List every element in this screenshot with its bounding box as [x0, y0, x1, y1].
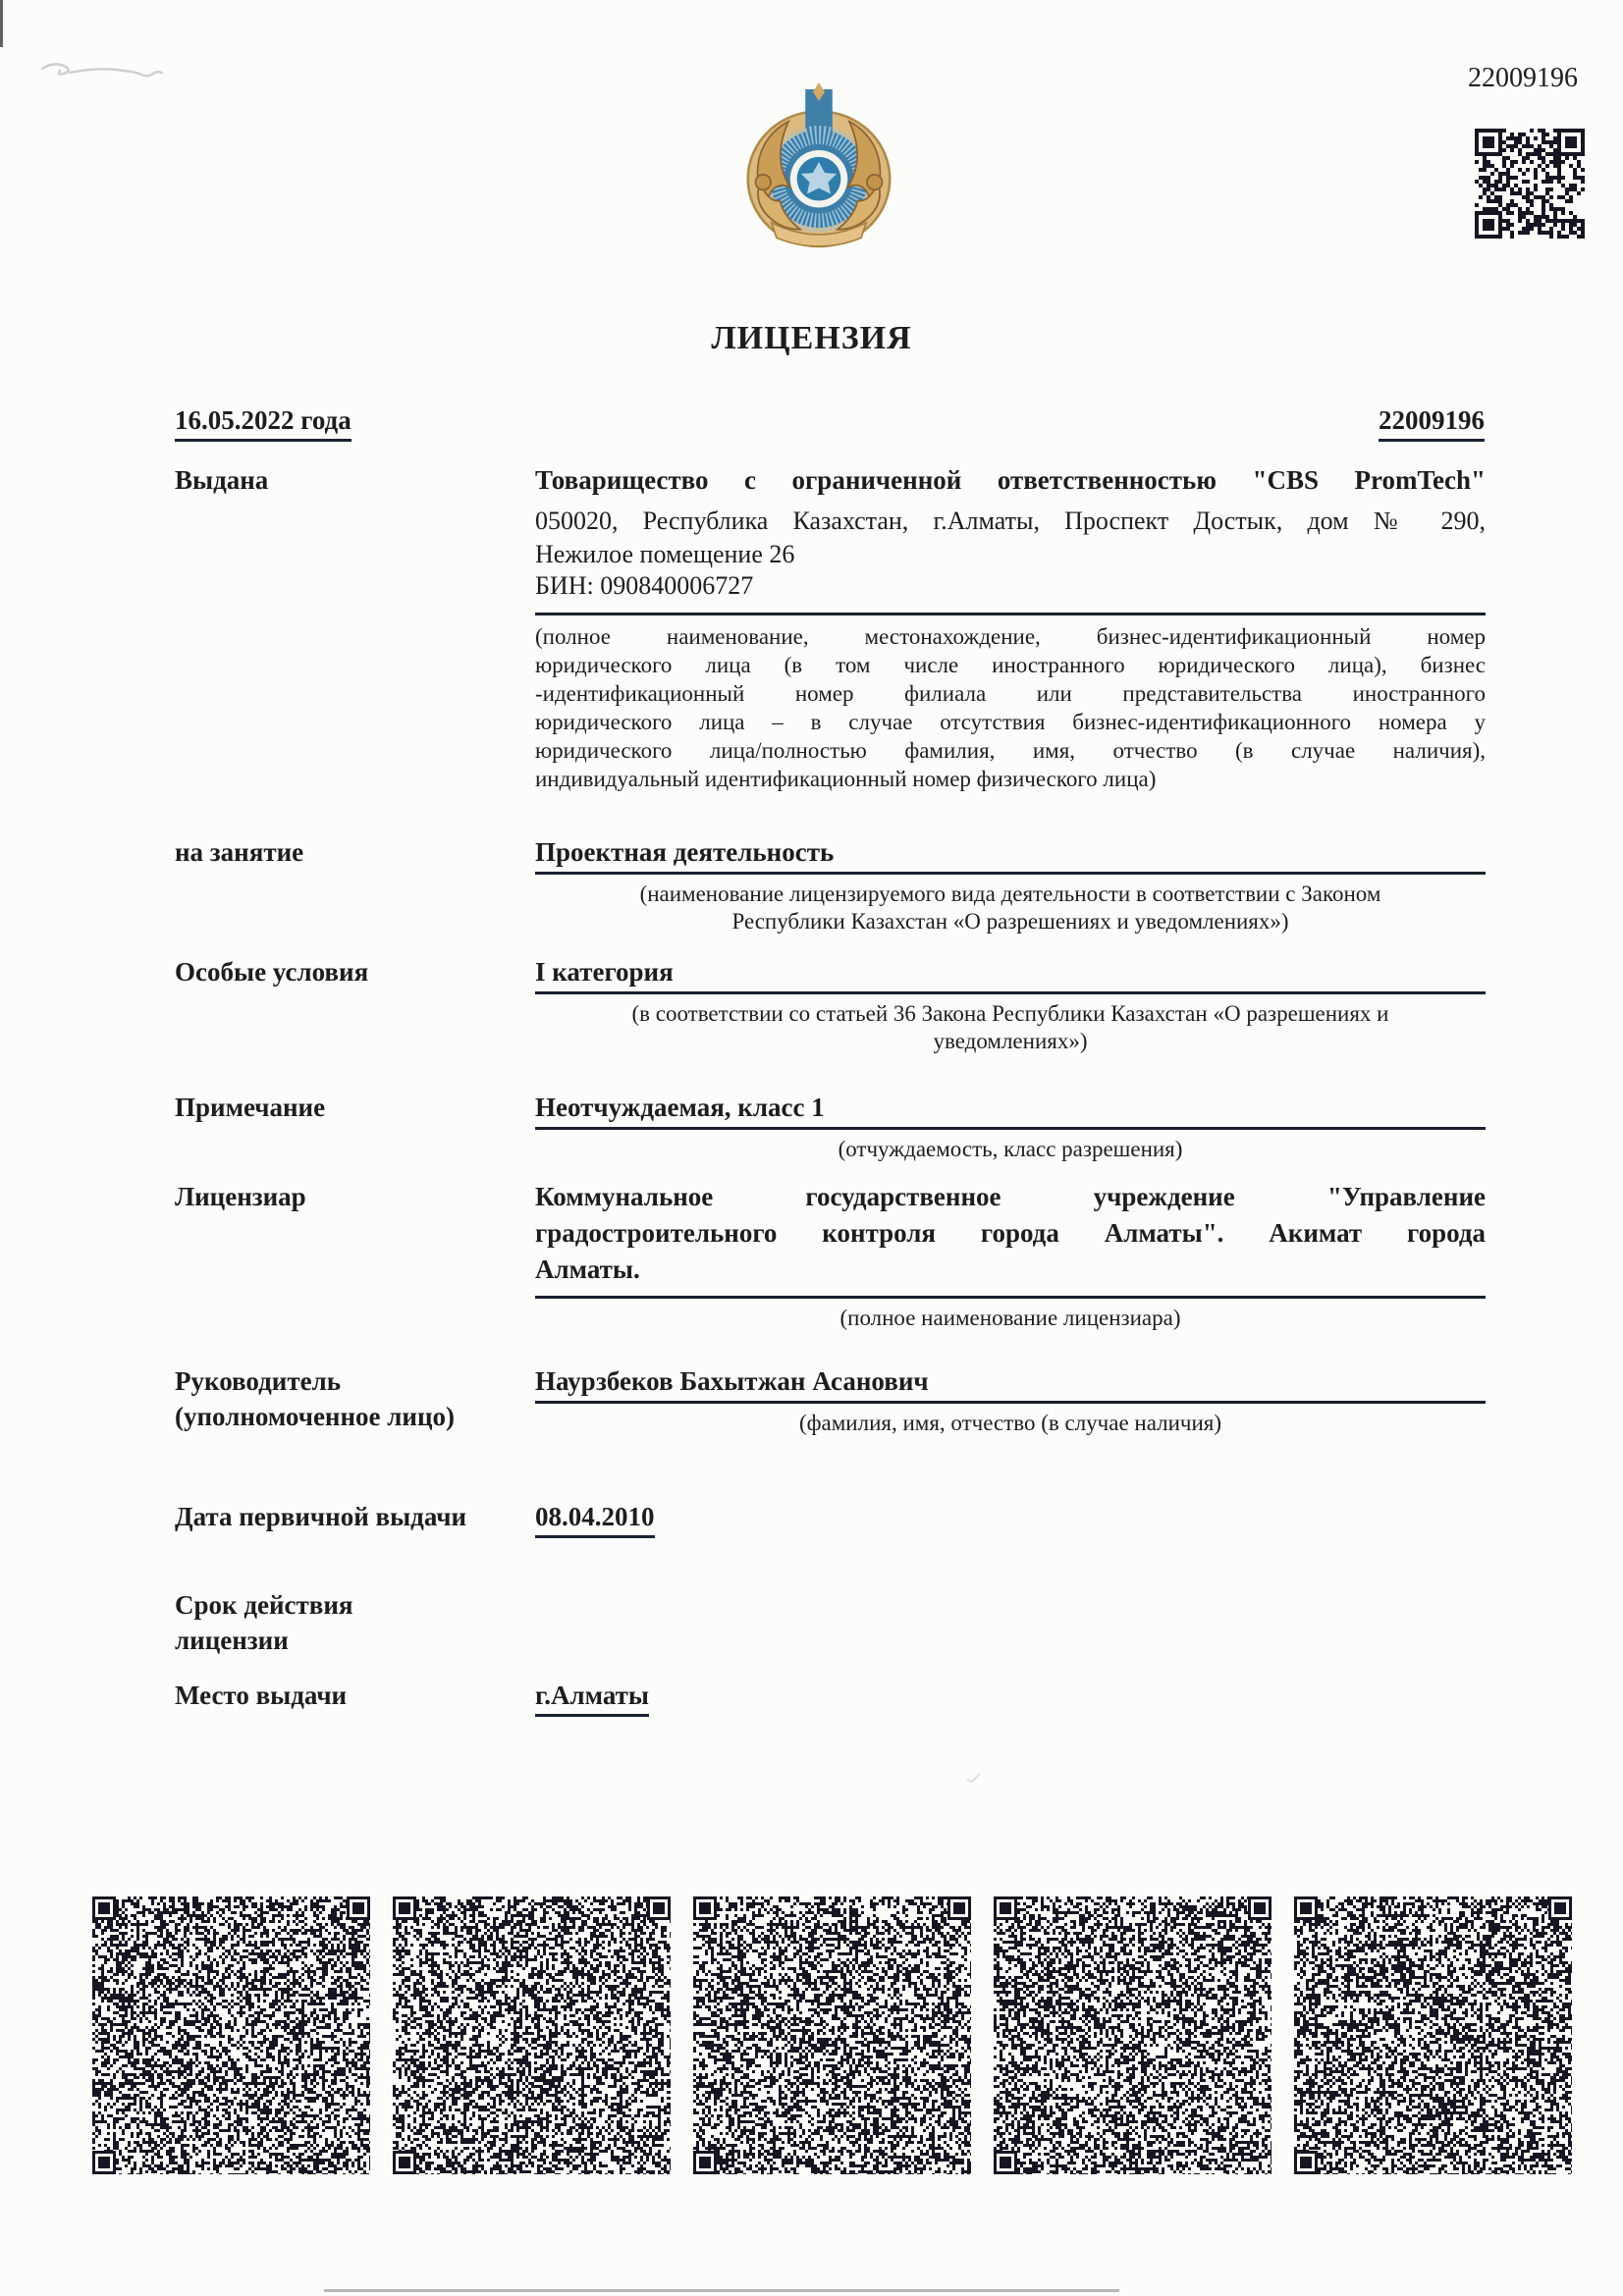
special-conditions-value: I категория — [535, 957, 1486, 988]
activity-value: Проектная деятельность — [535, 837, 1486, 868]
activity-caption-line: Республики Казахстан «О разрешениях и ув… — [535, 909, 1486, 934]
barcode-block — [693, 1896, 971, 2174]
activity-label: на занятие — [175, 837, 303, 868]
issued-to-name: Товарищество с ограниченной ответственно… — [535, 465, 1486, 496]
kazakhstan-emblem — [734, 80, 903, 255]
license-number-top: 22009196 — [1468, 63, 1578, 94]
licensor-caption: (полное наименование лицензиара) — [535, 1306, 1486, 1331]
issued-to-caption-line: юридического лица (в том числе иностранн… — [535, 653, 1486, 678]
rule — [535, 1127, 1486, 1130]
pencil-speck — [966, 1773, 982, 1783]
special-conditions-caption-line: (в соответствии со статьей 36 Закона Рес… — [535, 1001, 1486, 1027]
scan-edge-artifact — [0, 0, 3, 47]
special-conditions-label: Особые условия — [175, 957, 368, 988]
licensor-value-line: градостроительного контроля города Алмат… — [535, 1218, 1486, 1249]
issued-to-bin: БИН: 090840006727 — [535, 571, 1486, 601]
issued-to-address-line: 050020, Республика Казахстан, г.Алматы, … — [535, 507, 1486, 536]
issued-to-caption-line: -идентификационный номер филиала или пре… — [535, 681, 1486, 707]
rule — [535, 1296, 1486, 1299]
activity-caption-line: (наименование лицензируемого вида деятел… — [535, 881, 1486, 907]
barcode-block — [92, 1896, 370, 2174]
special-conditions-caption-line: уведомлениях») — [535, 1029, 1486, 1054]
qr-code — [1475, 129, 1585, 239]
licensor-label: Лицензиар — [175, 1182, 306, 1212]
note-value: Неотчуждаемая, класс 1 — [535, 1093, 1486, 1123]
issue-place-label: Место выдачи — [175, 1681, 347, 1711]
issued-to-label: Выдана — [175, 465, 268, 496]
head-label: Руководитель — [175, 1366, 341, 1397]
validity-label: Срок действия — [175, 1590, 353, 1621]
licensor-value-line: Коммунальное государственное учреждение … — [535, 1182, 1486, 1212]
issue-date: 16.05.2022 года — [175, 405, 352, 442]
head-label-line2: (уполномоченное лицо) — [175, 1402, 455, 1432]
issue-place-value: г.Алматы — [535, 1681, 649, 1717]
barcode-block — [1294, 1896, 1572, 2174]
document-title: ЛИЦЕНЗИЯ — [0, 320, 1623, 357]
note-label: Примечание — [175, 1093, 325, 1123]
note-caption: (отчуждаемость, класс разрешения) — [535, 1137, 1486, 1162]
rule — [535, 991, 1486, 994]
rule — [535, 613, 1486, 615]
rule — [535, 1401, 1486, 1404]
first-issue-label: Дата первичной выдачи — [175, 1502, 466, 1532]
issued-to-caption-line: (полное наименование, местонахождение, б… — [535, 624, 1486, 650]
issued-to-address-line: Нежилое помещение 26 — [535, 540, 1486, 569]
license-number: 22009196 — [1379, 405, 1485, 442]
barcode-block — [994, 1896, 1271, 2174]
first-issue-value: 08.04.2010 — [535, 1502, 655, 1538]
pencil-smudge — [37, 51, 185, 80]
scan-bottom-artifact — [324, 2289, 1119, 2292]
rule — [535, 872, 1486, 875]
issued-to-caption-line: юридического лица – в случае отсутствия … — [535, 710, 1486, 735]
license-document: 22009196 ЛИЦЕНЗИЯ 16.05.2022 года 220091… — [0, 0, 1623, 2296]
head-caption: (фамилия, имя, отчество (в случае наличи… — [535, 1411, 1486, 1436]
validity-label-line2: лицензии — [175, 1626, 289, 1656]
issued-to-caption-line: юридического лица/полностью фамилия, имя… — [535, 738, 1486, 764]
head-value: Наурзбеков Бахытжан Асанович — [535, 1366, 1486, 1397]
issued-to-caption-line: индивидуальный идентификационный номер ф… — [535, 767, 1486, 792]
licensor-value-line: Алматы. — [535, 1255, 1486, 1285]
barcode-block — [393, 1896, 671, 2174]
